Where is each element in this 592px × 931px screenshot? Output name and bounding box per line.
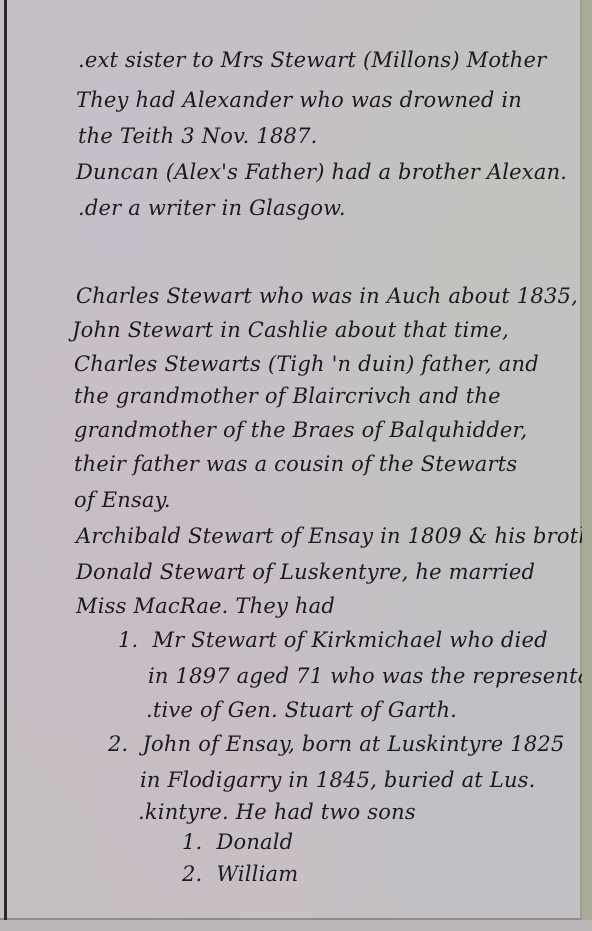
text-line: the grandmother of Blaircrivch and the bbox=[74, 384, 501, 408]
text-line: of Ensay. bbox=[74, 488, 171, 512]
text-line: .kintyre. He had two sons bbox=[138, 800, 416, 824]
text-line: John Stewart in Cashlie about that time, bbox=[72, 318, 509, 342]
text-line: the Teith 3 Nov. 1887. bbox=[78, 124, 318, 148]
text-line: Duncan (Alex's Father) had a brother Ale… bbox=[76, 160, 567, 184]
list-item-son-1: 1.Donald bbox=[182, 830, 293, 854]
text-line: in 1897 aged 71 who was the representa. bbox=[148, 664, 592, 688]
list-item-child-1: 1.Mr Stewart of Kirkmichael who died bbox=[118, 628, 548, 652]
text-line: Charles Stewart who was in Auch about 18… bbox=[76, 284, 578, 308]
manuscript-page: .ext sister to Mrs Stewart (Millons) Mot… bbox=[0, 0, 582, 920]
text-line: .der a writer in Glasgow. bbox=[78, 196, 346, 220]
page-binding-line bbox=[4, 0, 7, 920]
text-line: Archibald Stewart of Ensay in 1809 & his… bbox=[76, 524, 592, 548]
text-line: .tive of Gen. Stuart of Garth. bbox=[146, 698, 457, 722]
son-name: William bbox=[216, 862, 298, 886]
list-number: 1. bbox=[118, 628, 138, 652]
list-number: 1. bbox=[182, 830, 202, 854]
text-line: Charles Stewarts (Tigh 'n duin) father, … bbox=[74, 352, 539, 376]
page-edge-bottom bbox=[0, 920, 592, 931]
son-name: Donald bbox=[216, 830, 293, 854]
list-number: 2. bbox=[108, 732, 128, 756]
list-item-son-2: 2.William bbox=[182, 862, 298, 886]
text-line: They had Alexander who was drowned in bbox=[76, 88, 522, 112]
list-item-child-2: 2.John of Ensay, born at Luskintyre 1825 bbox=[108, 732, 565, 756]
text-line: grandmother of the Braes of Balquhidder, bbox=[74, 418, 527, 442]
text-line: .ext sister to Mrs Stewart (Millons) Mot… bbox=[78, 48, 546, 72]
text-line: Mr Stewart of Kirkmichael who died bbox=[152, 628, 547, 652]
text-line: John of Ensay, born at Luskintyre 1825 bbox=[142, 732, 564, 756]
page-edge-right bbox=[582, 0, 592, 931]
text-line: Donald Stewart of Luskentyre, he married bbox=[76, 560, 535, 584]
text-line: Miss MacRae. They had bbox=[76, 594, 335, 618]
text-line: their father was a cousin of the Stewart… bbox=[74, 452, 517, 476]
text-line: in Flodigarry in 1845, buried at Lus. bbox=[140, 768, 536, 792]
list-number: 2. bbox=[182, 862, 202, 886]
